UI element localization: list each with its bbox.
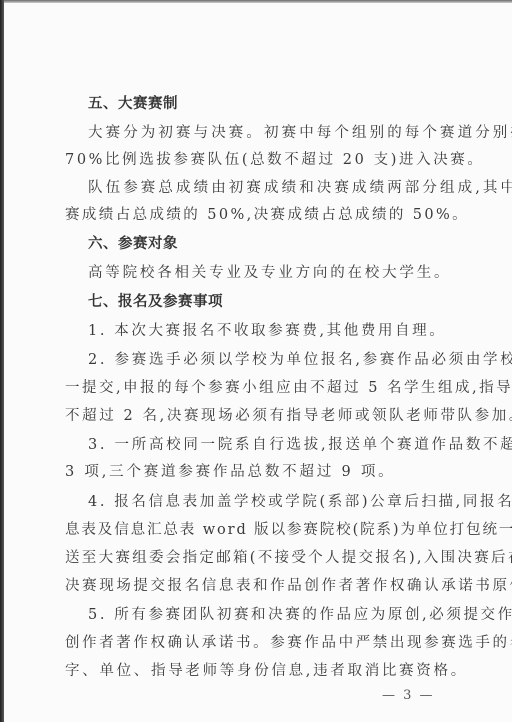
section-heading-6: 六、参赛对象 [88, 235, 178, 253]
paragraph-line: 高等院校各相关专业及专业方向的在校大学生。 [88, 264, 451, 282]
paragraph-line: 息表及信息汇总表 word 版以参赛院校(院系)为单位打包统一发 [65, 521, 512, 539]
list-item-5: 5. 所有参赛团队初赛和决赛的作品应为原创,必须提交作品 [88, 606, 512, 624]
paragraph-line: 队伍参赛总成绩由初赛成绩和决赛成绩两部分组成,其中初 [88, 179, 512, 197]
list-item-1: 1. 本次大赛报名不收取参赛费,其他费用自理。 [88, 322, 446, 340]
list-item-3: 3. 一所高校同一院系自行选拔,报送单个赛道作品数不超过 [88, 436, 512, 454]
paragraph-line: 赛成绩占总成绩的 50%,决赛成绩占总成绩的 50%。 [65, 206, 469, 224]
paragraph-line: 送至大赛组委会指定邮箱(不接受个人提交报名),入围决赛后在 [65, 549, 512, 567]
document-page: 五、大赛赛制 大赛分为初赛与决赛。初赛中每个组别的每个赛道分别按 70%比例选拔… [4, 3, 512, 722]
paragraph-line: 决赛现场提交报名信息表和作品创作者著作权确认承诺书原件。 [65, 577, 512, 595]
section-heading-5: 五、大赛赛制 [88, 95, 178, 113]
section-heading-7: 七、报名及参赛事项 [88, 293, 223, 311]
paragraph-line: 3 项,三个赛道参赛作品总数不超过 9 项。 [65, 463, 396, 481]
paragraph-line: 70%比例选拔参赛队伍(总数不超过 20 支)进入决赛。 [65, 151, 485, 169]
paragraph-line: 字、单位、指导老师等身份信息,违者取消比赛资格。 [65, 662, 468, 680]
paragraph-line: 一提交,申报的每个参赛小组应由不超过 5 名学生组成,指导老师 [65, 379, 512, 397]
page-number: — 3 — [382, 688, 435, 703]
list-item-2: 2. 参赛选手必须以学校为单位报名,参赛作品必须由学校统 [88, 351, 512, 369]
paragraph-line: 大赛分为初赛与决赛。初赛中每个组别的每个赛道分别按 [88, 124, 512, 142]
paragraph-line: 创作者著作权确认承诺书。参赛作品中严禁出现参赛选手的名 [65, 634, 512, 652]
paragraph-line: 不超过 2 名,决赛现场必须有指导老师或领队老师带队参加。 [65, 407, 512, 425]
list-item-4: 4. 报名信息表加盖学校或学院(系部)公章后扫描,同报名信 [88, 493, 512, 511]
